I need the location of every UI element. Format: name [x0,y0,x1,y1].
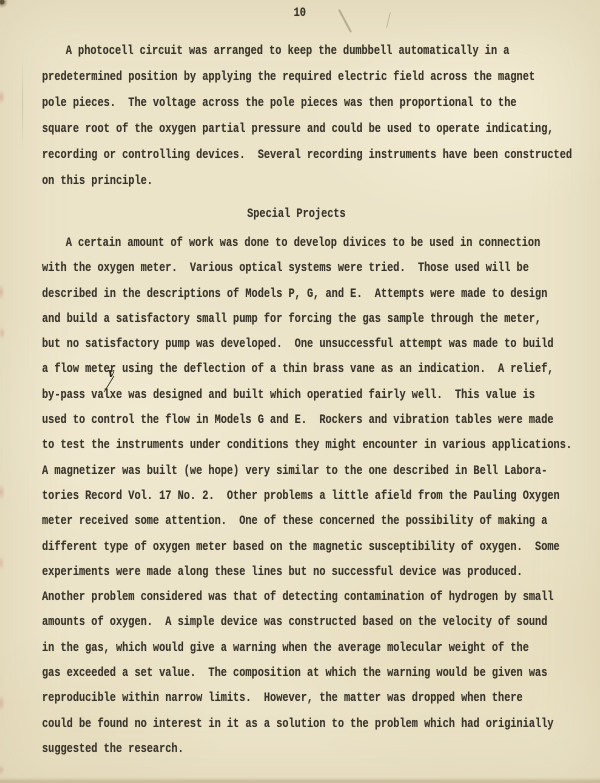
struck-char: x [110,382,116,407]
text-line: tories Record Vol. 17 No. 2. Other probl… [42,483,556,508]
text-line: pole pieces. The voltage across the pole… [42,90,556,116]
section-heading: Special Projects [0,204,592,222]
text-line: a flow meter using the deflection of a t… [42,356,556,381]
text-line: experiments were made along these lines … [42,559,556,584]
document-page: 10 A photocell circuit was arranged to k… [0,0,600,783]
text-line: and build a satisfactory small pump for … [42,306,556,331]
text-line: could be found no interest in it as a so… [42,711,556,736]
inserted-char: v [108,368,114,380]
text-line: used to control the flow in Models G and… [42,407,556,432]
text-line: to test the instruments under conditions… [42,432,556,457]
text-line: reproducible within narrow limits. Howev… [42,685,556,710]
page-number: 10 [0,3,600,21]
text-line: gas exceeded a set value. The compositio… [42,660,556,685]
text-line: on this principle. [42,168,556,194]
text-line: meter received some attention. One of th… [42,508,556,533]
text-line: with the oxygen meter. Various optical s… [42,255,556,280]
text-line: A certain amount of work was done to dev… [42,230,556,255]
handwritten-correction: xv [110,382,116,407]
page-number-text: 10 [294,5,306,20]
text-line: suggested the research. [42,736,556,761]
text-line: recording or controlling devices. Severa… [42,142,556,168]
text-line: Another problem considered was that of d… [42,584,556,609]
text-line: in the gas, which would give a warning w… [42,635,556,660]
text-line: amounts of oxygen. A simple device was c… [42,609,556,634]
paper-crease [22,60,23,150]
text-line: described in the descriptions of Models … [42,281,556,306]
text-line-with-correction: by-pass valxve was designed and built wh… [42,382,556,407]
text-line: A photocell circuit was arranged to keep… [42,38,556,64]
paragraph-photocell: A photocell circuit was arranged to keep… [42,38,556,194]
text-line: different type of oxygen meter based on … [42,534,556,559]
valve-line-after: e was designed and built which operatied… [116,387,535,402]
text-line: predetermined position by applying the r… [42,64,556,90]
text-line: A magnetizer was built (we hope) very si… [42,458,556,483]
text-line: but no satisfactory pump was developed. … [42,331,556,356]
valve-line-before: by-pass val [42,387,110,402]
section-heading-text: Special Projects [247,206,346,221]
text-line: square root of the oxygen partial pressu… [42,116,556,142]
paragraph-special-projects: A certain amount of work was done to dev… [42,230,556,761]
